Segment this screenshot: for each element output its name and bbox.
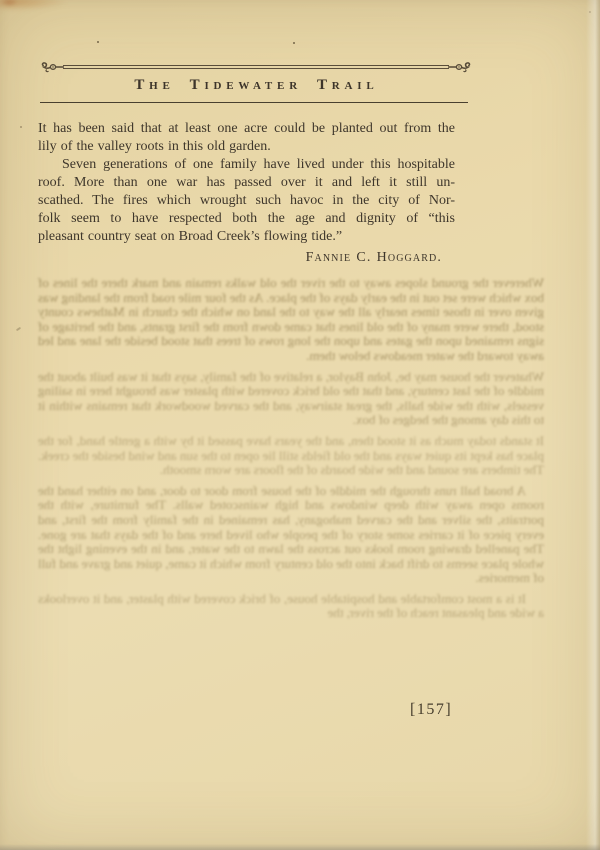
bleedthrough-paragraph: Whatever the house may be, John Baylor, … [38, 370, 544, 428]
body-text-line: folk seem to have respected both the age… [38, 210, 455, 228]
body-text-line: scathed. The fires which wrought such ha… [38, 192, 455, 210]
bleedthrough-paragraph: A broad hall runs through the middle of … [38, 484, 544, 586]
ink-speck [97, 41, 99, 43]
body-text-line: It has been said that at least one acre … [38, 120, 455, 138]
body-text-line: Seven generations of one family have liv… [38, 156, 455, 174]
running-title: The Tidewater Trail [40, 75, 468, 95]
corner-stain-small [0, 0, 18, 7]
ink-speck [20, 126, 22, 128]
scroll-ornament-right-icon [448, 61, 472, 74]
scan-edge-bottom [0, 844, 600, 850]
scroll-ornament-left-icon [40, 61, 64, 74]
bleedthrough-text: Wherever the ground slopes away to the r… [38, 276, 544, 627]
page-number: [157] [410, 700, 452, 720]
bleedthrough-paragraph: It stands today much as it stood then, a… [38, 434, 544, 478]
ink-speck [293, 42, 295, 44]
bleedthrough-paragraph: It is a most comfortable and hospitable … [38, 592, 544, 621]
ink-speck [16, 327, 21, 332]
double-rule [63, 65, 449, 69]
attribution: Fannie C. Hoggard. [38, 249, 455, 267]
page-edge-highlight [586, 0, 600, 850]
header-ornament-rule [40, 61, 472, 75]
body-text: It has been said that at least one acre … [38, 120, 455, 267]
body-text-line: lily of the valley roots in this old gar… [38, 138, 455, 156]
body-text-line: pleasant country seat on Broad Creek’s f… [38, 228, 455, 246]
book-page-scan: The Tidewater Trail It has been said tha… [0, 0, 600, 850]
body-text-line: roof. More than one war has passed over … [38, 174, 455, 192]
bleedthrough-paragraph: Wherever the ground slopes away to the r… [38, 276, 544, 364]
title-rule [40, 102, 468, 103]
